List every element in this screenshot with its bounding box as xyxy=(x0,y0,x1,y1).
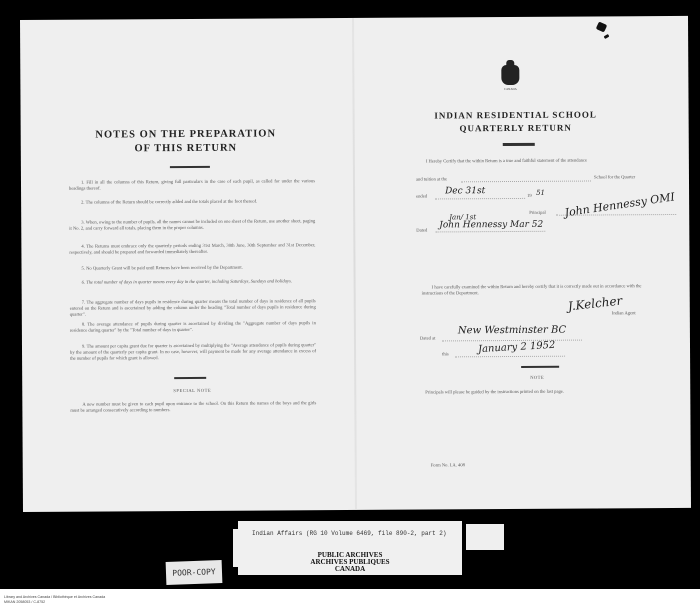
special-note-text: A new number must be given to each pupil… xyxy=(70,400,316,414)
note-6: 6. The total number of days in quarter m… xyxy=(70,278,316,286)
coat-of-arms-icon xyxy=(501,65,519,85)
dated-field[interactable] xyxy=(435,231,545,233)
document-sheet: NOTES ON THE PREPARATION OF THIS RETURN … xyxy=(20,16,691,512)
title-rule xyxy=(170,166,210,168)
archive-reference: Indian Affairs (RG 10 Volume 6469, file … xyxy=(252,530,446,537)
note-7: 7. The aggregate number of days pupils i… xyxy=(70,298,316,318)
note-5: 5. No Quarterly Grant will be paid until… xyxy=(70,264,316,272)
archive-label-card: Indian Affairs (RG 10 Volume 6469, file … xyxy=(238,521,462,575)
note-9: 9. The amount per capita grant due for q… xyxy=(70,342,316,362)
dated-value: John Hennessy Mar 52 xyxy=(439,220,543,231)
return-title-rule xyxy=(503,143,535,146)
footer-line-1: Library and Archives Canada / Bibliothèq… xyxy=(4,595,105,600)
year-prefix: 19 xyxy=(527,193,532,199)
note-2: 2. The columns of the Return should be c… xyxy=(69,198,315,206)
special-note-rule xyxy=(174,377,206,379)
this-value: January 2 1952 xyxy=(478,340,556,356)
ended-field[interactable] xyxy=(435,198,525,200)
page-fold xyxy=(352,18,357,510)
ended-label: ended xyxy=(416,194,427,200)
return-title-line2: QUARTERLY RETURN xyxy=(421,122,611,133)
return-title-line1: INDIAN RESIDENTIAL SCHOOL xyxy=(421,109,611,120)
school-for-quarter-label: School for the Quarter xyxy=(594,174,635,180)
footer-line-2: MIKAN 2058053 / C-8752 xyxy=(4,600,105,605)
school-name-field[interactable] xyxy=(461,181,591,183)
footer-credit: Library and Archives Canada / Bibliothèq… xyxy=(4,595,105,604)
note-4: 4. The Returns must embrace only the qua… xyxy=(69,242,315,256)
dated-at-value: New Westminster BC xyxy=(458,325,566,337)
notes-title-line2: OF THIS RETURN xyxy=(81,142,291,154)
year-value: 51 xyxy=(536,189,545,197)
crest-label: CANADA xyxy=(498,87,522,91)
dated-at-field[interactable] xyxy=(442,340,582,342)
note-8: 8. The average attendance of pupils duri… xyxy=(70,320,316,334)
note-text: Principals will please be guided by the … xyxy=(425,389,564,396)
examined-text: I have carefully examined the within Ret… xyxy=(422,283,658,296)
poor-copy-tag: POOR-COPY xyxy=(166,560,223,585)
and-tuition-label: and tuition at the xyxy=(416,176,447,182)
archive-label-tab xyxy=(466,524,504,550)
note-rule xyxy=(521,366,559,368)
dated-at-label: Dated at xyxy=(420,335,435,341)
notes-title-line1: NOTES ON THE PREPARATION xyxy=(81,128,291,140)
archive-title-line3: CANADA xyxy=(238,566,462,574)
this-field[interactable] xyxy=(455,356,565,358)
ended-value: Dec 31st xyxy=(445,186,485,196)
note-1: 1. Fill in all the columns of this Retur… xyxy=(69,178,315,192)
note-heading: NOTE xyxy=(530,375,544,381)
note-3: 3. When, owing to the number of pupils, … xyxy=(69,218,315,232)
this-label: this xyxy=(442,351,449,357)
certify-text: I Hereby Certify that the within Return … xyxy=(426,157,666,164)
form-number: Form No. I.A. 408 xyxy=(431,462,465,468)
special-note-heading: SPECIAL NOTE xyxy=(152,388,232,394)
agent-label: Indian Agent xyxy=(612,310,636,316)
principal-label: Principal xyxy=(529,210,546,216)
microfilm-scan: NOTES ON THE PREPARATION OF THIS RETURN … xyxy=(0,0,700,589)
dated-label: Dated xyxy=(416,228,427,234)
